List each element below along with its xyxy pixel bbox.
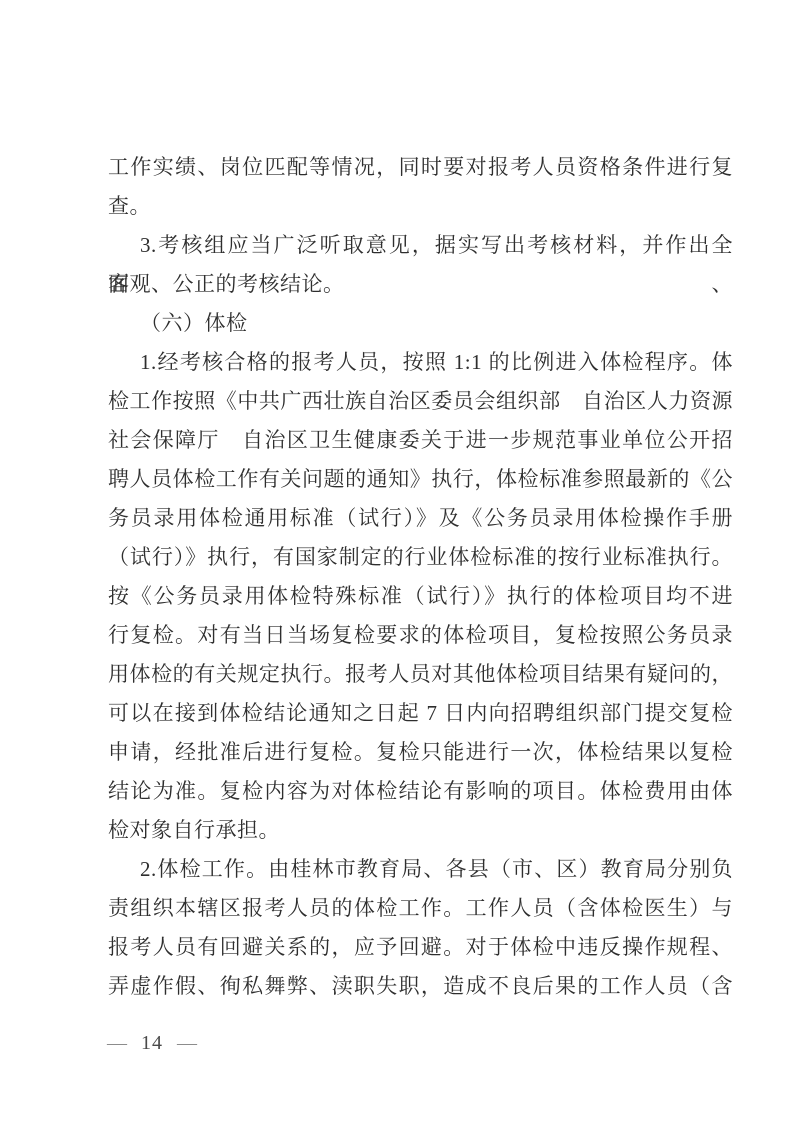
text-line: 1.经考核合格的报考人员，按照 1:1 的比例进入体检程序。体 bbox=[108, 343, 733, 382]
text-line: 结论为准。复检内容为对体检结论有影响的项目。体检费用由体 bbox=[108, 772, 733, 811]
text-line: 社会保障厅 自治区卫生健康委关于进一步规范事业单位公开招 bbox=[108, 421, 733, 460]
text-line: 查。 bbox=[108, 187, 733, 226]
text-line: 责组织本辖区报考人员的体检工作。工作人员（含体检医生）与 bbox=[108, 889, 733, 928]
text-line: 检工作按照《中共广西壮族自治区委员会组织部 自治区人力资源 bbox=[108, 382, 733, 421]
document-page: 工作实绩、岗位匹配等情况，同时要对报考人员资格条件进行复查。3.考核组应当广泛听… bbox=[0, 0, 800, 1131]
text-line: 工作实绩、岗位匹配等情况，同时要对报考人员资格条件进行复 bbox=[108, 148, 733, 187]
text-line: 聘人员体检工作有关问题的通知》执行，体检标准参照最新的《公 bbox=[108, 460, 733, 499]
text-line: （试行）》执行，有国家制定的行业体检标准的按行业标准执行。 bbox=[108, 538, 733, 577]
text-line: （六）体检 bbox=[108, 304, 733, 343]
text-line: 检对象自行承担。 bbox=[108, 811, 733, 850]
page-footer: — 14 — bbox=[107, 1032, 197, 1055]
text-line: 可以在接到体检结论通知之日起 7 日内向招聘组织部门提交复检 bbox=[108, 694, 733, 733]
text-line: 报考人员有回避关系的，应予回避。对于体检中违反操作规程、 bbox=[108, 928, 733, 967]
text-line: 行复检。对有当日当场复检要求的体检项目，复检按照公务员录 bbox=[108, 616, 733, 655]
text-line: 务员录用体检通用标准（试行）》及《公务员录用体检操作手册 bbox=[108, 499, 733, 538]
footer-dash-left: — bbox=[107, 1032, 127, 1055]
text-line: 弄虚作假、徇私舞弊、渎职失职，造成不良后果的工作人员（含 bbox=[108, 967, 733, 1006]
text-line: 按《公务员录用体检特殊标准（试行）》执行的体检项目均不进 bbox=[108, 577, 733, 616]
document-lines: 工作实绩、岗位匹配等情况，同时要对报考人员资格条件进行复查。3.考核组应当广泛听… bbox=[108, 148, 733, 1006]
footer-dash-right: — bbox=[177, 1032, 197, 1055]
text-line: 申请，经批准后进行复检。复检只能进行一次，体检结果以复检 bbox=[108, 733, 733, 772]
footer-page-number: 14 bbox=[141, 1032, 163, 1055]
text-line: 2.体检工作。由桂林市教育局、各县（市、区）教育局分别负 bbox=[108, 850, 733, 889]
text-line: 用体检的有关规定执行。报考人员对其他体检项目结果有疑问的， bbox=[108, 655, 733, 694]
text-line: 3.考核组应当广泛听取意见，据实写出考核材料，并作出全面、 bbox=[108, 226, 733, 265]
